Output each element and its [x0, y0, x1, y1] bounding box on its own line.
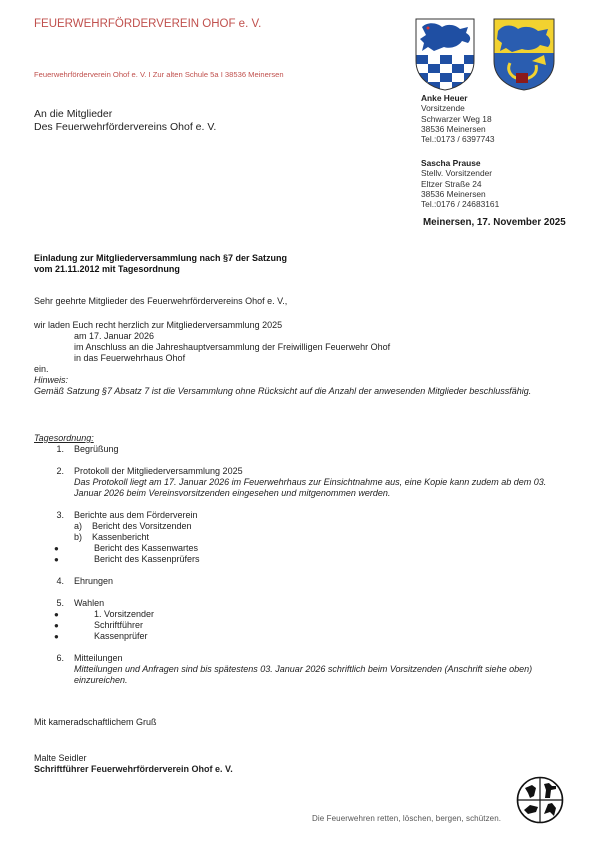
signer-name: Malte Seidler	[34, 753, 87, 764]
letter-date: Meinersen, 17. November 2025	[423, 217, 566, 228]
agenda-bullet: ●Bericht des Kassenwartes	[34, 543, 574, 554]
invitation-place: in das Feuerwehrhaus Ohof	[34, 353, 390, 364]
contact-street: Schwarzer Weg 18	[421, 114, 495, 124]
subject-line-2: vom 21.11.2012 mit Tagesordnung	[34, 264, 287, 275]
agenda-item-title: Mitteilungen	[74, 653, 574, 664]
agenda-item-title: Protokoll der Mitgliederversammlung 2025	[74, 466, 574, 477]
agenda-subitem: a)Bericht des Vorsitzenden	[74, 521, 574, 532]
fire-brigade-emblem-icon	[516, 776, 564, 824]
bullet-icon: ●	[54, 609, 59, 620]
bullet-text: Schriftführer	[94, 620, 143, 630]
contact-chair: Anke Heuer Vorsitzende Schwarzer Weg 18 …	[421, 93, 495, 144]
agenda-item-number: 5.	[54, 598, 64, 609]
contact-city: 38536 Meinersen	[421, 189, 499, 199]
signer-title: Schriftführer Feuerwehrförderverein Ohof…	[34, 764, 233, 775]
subject-line: Einladung zur Mitgliederversammlung nach…	[34, 253, 287, 275]
bullet-icon: ●	[54, 620, 59, 631]
bullet-text: Bericht des Kassenprüfers	[94, 554, 200, 564]
agenda-item-title: Begrüßung	[74, 444, 574, 455]
salutation: Sehr geehrte Mitglieder des Feuerwehrför…	[34, 296, 287, 307]
contact-phone: Tel.:0176 / 24683161	[421, 199, 499, 209]
contact-role: Vorsitzende	[421, 103, 495, 113]
sender-address-line: Feuerwehrförderverein Ohof e. V. I Zur a…	[34, 70, 284, 79]
agenda-item-title: Ehrungen	[74, 576, 574, 587]
agenda-item: 5. Wahlen ●1. Vorsitzender ●Schriftführe…	[34, 598, 574, 642]
subject-line-1: Einladung zur Mitgliederversammlung nach…	[34, 253, 287, 264]
recipient-line-2: Des Feuerwehrfördervereins Ohof e. V.	[34, 121, 216, 134]
closing-greeting: Mit kameradschaftlichem Gruß	[34, 717, 157, 728]
footer-slogan: Die Feuerwehren retten, löschen, bergen,…	[312, 814, 501, 823]
agenda-bullet: ●Bericht des Kassenprüfers	[34, 554, 574, 565]
agenda-item: 3. Berichte aus dem Förderverein a)Beric…	[34, 510, 574, 565]
agenda-item-title: Wahlen	[74, 598, 574, 609]
agenda-item-number: 1.	[54, 444, 64, 455]
agenda-item-note: Das Protokoll liegt am 17. Januar 2026 i…	[74, 477, 574, 499]
subitem-text: Kassenbericht	[92, 532, 149, 542]
agenda-bullet: ●1. Vorsitzender	[34, 609, 574, 620]
bullet-text: 1. Vorsitzender	[94, 609, 154, 619]
org-title: FEUERWEHRFÖRDERVEREIN OHOF e. V.	[34, 18, 261, 30]
note-text: Gemäß Satzung §7 Absatz 7 ist die Versam…	[34, 386, 534, 397]
agenda-item-title: Berichte aus dem Förderverein	[74, 510, 574, 521]
contact-deputy-chair: Sascha Prause Stellv. Vorsitzender Eltze…	[421, 158, 499, 209]
subitem-letter: a)	[74, 521, 82, 532]
bullet-icon: ●	[54, 543, 59, 554]
recipient-line-1: An die Mitglieder	[34, 108, 216, 121]
municipal-crest-ohof-icon	[492, 17, 556, 91]
agenda-item: 1. Begrüßung	[34, 444, 574, 455]
contact-phone: Tel.:0173 / 6397743	[421, 134, 495, 144]
contact-name: Sascha Prause	[421, 158, 499, 168]
note-label: Hinweis:	[34, 375, 68, 386]
bullet-icon: ●	[54, 554, 59, 565]
agenda-item-number: 2.	[54, 466, 64, 477]
agenda-item: 2. Protokoll der Mitgliederversammlung 2…	[34, 466, 574, 499]
contact-city: 38536 Meinersen	[421, 124, 495, 134]
invitation-closing-word: ein.	[34, 364, 49, 375]
agenda-item-number: 4.	[54, 576, 64, 587]
agenda-label: Tagesordnung:	[34, 433, 94, 444]
invitation-paragraph: wir laden Euch recht herzlich zur Mitgli…	[34, 320, 390, 364]
bullet-text: Kassenprüfer	[94, 631, 148, 641]
agenda-bullet: ●Kassenprüfer	[34, 631, 574, 642]
agenda-item: 6. Mitteilungen Mitteilungen und Anfrage…	[34, 653, 574, 686]
recipient-block: An die Mitglieder Des Feuerwehrförderver…	[34, 108, 216, 134]
agenda-bullet: ●Schriftführer	[34, 620, 574, 631]
contact-name: Anke Heuer	[421, 93, 495, 103]
contact-role: Stellv. Vorsitzender	[421, 168, 499, 178]
agenda-item-note: Mitteilungen und Anfragen sind bis späte…	[74, 664, 574, 686]
subitem-text: Bericht des Vorsitzenden	[92, 521, 192, 531]
bullet-icon: ●	[54, 631, 59, 642]
invitation-intro: wir laden Euch recht herzlich zur Mitgli…	[34, 320, 390, 331]
agenda-item-number: 3.	[54, 510, 64, 521]
agenda-item-number: 6.	[54, 653, 64, 664]
agenda-list: 1. Begrüßung 2. Protokoll der Mitglieder…	[34, 444, 574, 697]
agenda-item: 4. Ehrungen	[34, 576, 574, 587]
subitem-letter: b)	[74, 532, 82, 543]
contact-street: Eltzer Straße 24	[421, 179, 499, 189]
invitation-time-note: im Anschluss an die Jahreshauptversammlu…	[34, 342, 390, 353]
invitation-date: am 17. Januar 2026	[34, 331, 390, 342]
bullet-text: Bericht des Kassenwartes	[94, 543, 198, 553]
municipal-crest-meinersen-icon	[414, 17, 476, 91]
agenda-subitem: b)Kassenbericht	[74, 532, 574, 543]
